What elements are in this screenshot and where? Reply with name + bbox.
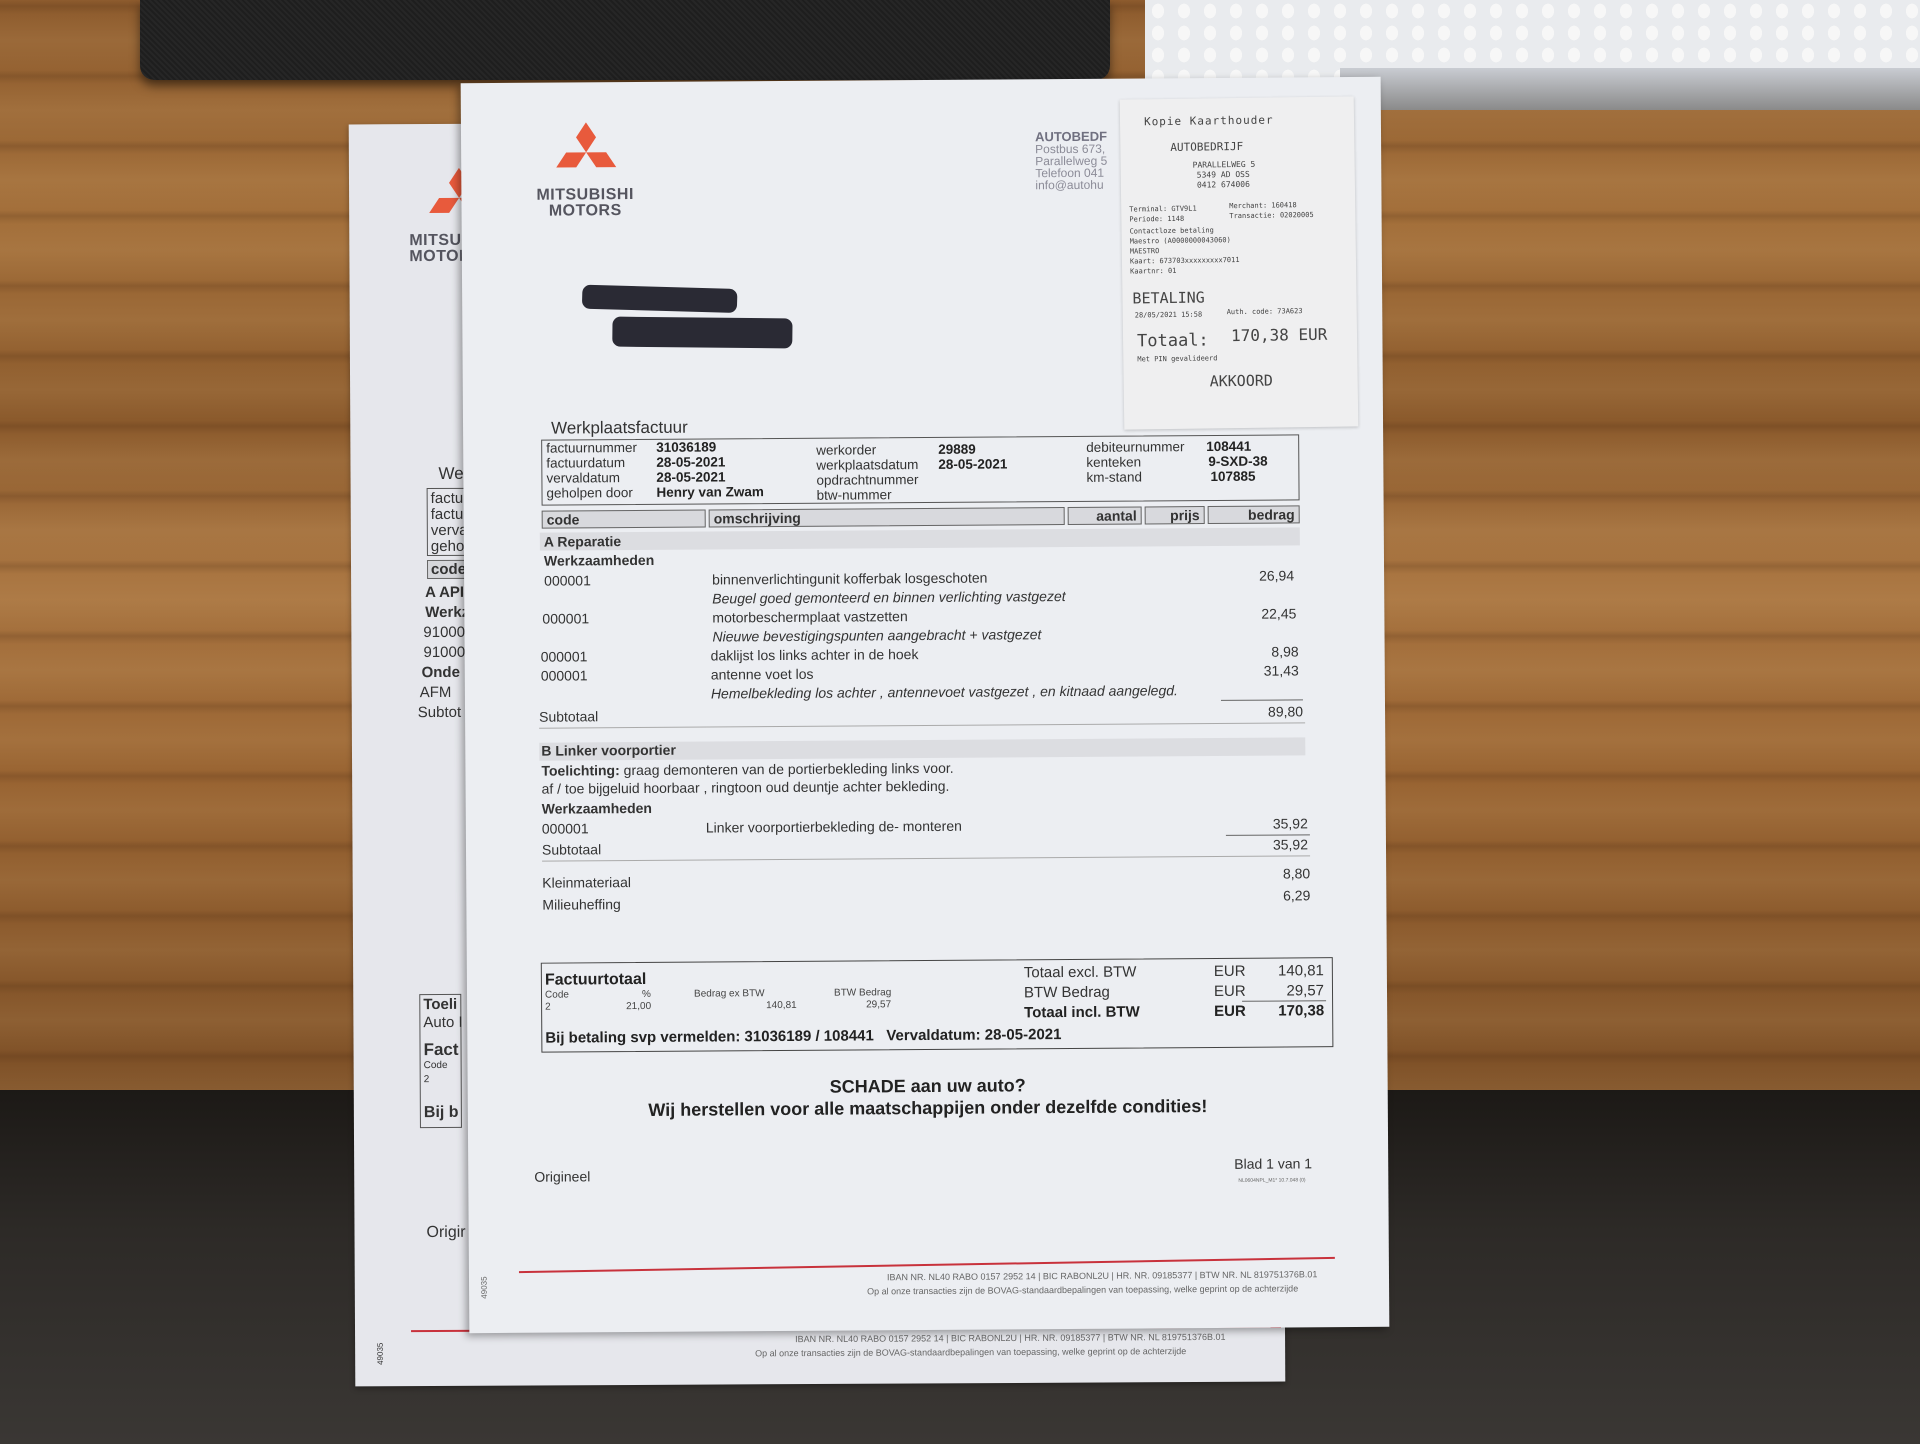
col-amount: bedrag [1208,505,1300,524]
invoice-title: Werkplaatsfactuur [551,418,688,439]
back-frag: factu [431,490,464,507]
receipt-validated: Met PIN gevalideerd [1137,354,1217,363]
card-receipt: Kopie Kaarthouder AUTOBEDRIJF PARALLELWE… [1120,96,1359,429]
receipt-address: PARALLELWEG 5 [1193,160,1256,170]
back-frag: Auto I [423,1014,462,1031]
debtor-number: 108441 [1206,439,1251,454]
col-description: omschrijving [709,507,1065,527]
receipt-status: AKKOORD [1210,372,1273,391]
section-band [540,527,1300,550]
redacted-name [582,285,738,313]
mileage: 107885 [1210,469,1255,484]
receipt-merchant: AUTOBEDRIJF [1170,140,1243,154]
back-side-code: 49035 [376,1343,385,1365]
receipt-address: 0412 674006 [1197,180,1250,190]
receipt-card-nr: Kaartnr: 01 [1130,267,1176,276]
total-incl-vat: 170,38 [1264,1002,1324,1019]
line-code: 000001 [542,820,589,836]
back-frag: Bij b [424,1104,459,1122]
receipt-payment: BETALING [1132,288,1204,307]
back-frag: 2 [424,1074,430,1085]
line-code: 000001 [541,667,588,683]
invoice-header-box: factuurnummer 31036189 factuurdatum 28-0… [541,434,1299,505]
back-frag: Subtot [418,704,461,721]
form-code: NL0604NPL_M1* 10.7.048 (0) [1238,1177,1305,1183]
line-note: Hemelbekleding los achter , antennevoet … [711,682,1178,701]
col-quantity: aantal [1068,506,1142,525]
section-b-title: B Linker voorportier [541,742,676,759]
receipt-aid: Maestro (A0000000043060) [1130,236,1231,245]
section-a-title: A Reparatie [544,533,621,550]
invoice-date: 28-05-2021 [656,454,725,469]
col-price: prijs [1145,506,1205,524]
back-frag: Toeli [423,996,457,1013]
line-description: daklijst los links achter in de hoek [711,646,919,663]
folder-edge [1340,68,1920,110]
back-frag: 91000 [423,644,465,661]
receipt-header: Kopie Kaarthouder [1144,114,1274,129]
workshop-date: 28-05-2021 [938,456,1007,471]
receipt-card-type: MAESTRO [1130,247,1160,255]
receipt-transaction: Transactie: 02020005 [1229,211,1313,220]
line-amount: 22,45 [1216,605,1296,622]
section-a-subtotal: 89,80 [1223,703,1303,720]
brand-logo: MITSUBISHIMOTORS [536,122,634,220]
work-order: 29889 [938,442,976,457]
back-frag: 91000 [423,624,465,641]
back-frag: Werkz [425,604,469,621]
section-a-sub: Werkzaamheden [544,552,654,569]
receipt-merchant-id: Merchant: 160418 [1229,201,1297,210]
subtotal-label: Subtotaal [542,841,601,857]
receipt-total: 170,38 EUR [1231,325,1328,345]
line-code: 000001 [544,572,591,588]
footer-bank: IBAN NR. NL40 RABO 0157 2952 14 | BIC RA… [887,1269,1317,1282]
invoice-number: 31036189 [656,439,716,454]
back-frag: factu [431,506,464,523]
company-address: AUTOBEDF Postbus 673, Parallelweg 5 Tele… [1035,131,1107,192]
original-label: Origineel [534,1168,590,1184]
subtotal-label: Subtotaal [539,708,598,724]
toelichting: Toelichting: graag demonteren van de por… [541,760,953,779]
extra-amount: 8,80 [1230,865,1310,882]
helped-by: Henry van Zwam [656,484,763,500]
license-plate: 9-SXD-38 [1208,454,1267,469]
back-footer-2: Op al onze transacties zijn de BOVAG-sta… [755,1346,1186,1358]
line-description: binnenverlichtingunit kofferbak losgesch… [712,570,987,588]
line-amount: 8,98 [1219,643,1299,660]
back-frag: Fact [423,1040,458,1060]
line-note: Nieuwe bevestigingspunten aangebracht + … [712,626,1041,644]
receipt-card: Kaart: 673703xxxxxxxxx7011 [1130,256,1240,266]
redacted-address [612,317,792,349]
receipt-total-label: Totaal: [1137,330,1209,351]
receipt-terminal: Terminal: GTV9L1 [1129,205,1197,214]
total-excl-vat: 140,81 [1264,962,1324,979]
extra-amount: 6,29 [1230,887,1310,904]
footer-terms: Op al onze transacties zijn de BOVAG-sta… [867,1283,1298,1296]
receipt-auth: Auth. code: 73A623 [1227,307,1303,316]
line-amount: 35,92 [1228,815,1308,832]
back-footer-1: IBAN NR. NL40 RABO 0157 2952 14 | BIC RA… [795,1332,1225,1344]
mitsubishi-logo-icon [546,122,626,183]
line-description: motorbeschermplaat vastzetten [712,608,907,625]
invoice-total-box: Factuurtotaal Code % Bedrag ex BTW BTW B… [541,957,1334,1053]
receipt-datetime: 28/05/2021 15:58 [1135,311,1203,320]
section-b-subtotal: 35,92 [1228,836,1308,853]
subtotal-rule [1221,699,1303,701]
side-code: 49035 [480,1276,489,1298]
line-description: antenne voet los [711,666,814,683]
line-amount: 26,94 [1214,567,1294,584]
vat-amount: 29,57 [1264,982,1324,999]
black-fabric [140,0,1110,80]
receipt-contactless: Contactloze betaling [1129,226,1213,235]
receipt-period: Periode: 1148 [1129,215,1184,224]
section-divider [542,855,1310,861]
line-code: 000001 [542,610,589,626]
back-frag: AFM [420,684,452,701]
section-b-sub: Werkzaamheden [542,800,652,817]
back-frag: A API [425,584,464,601]
payment-reference: Bij betaling svp vermelden: 31036189 / 1… [545,1026,1061,1047]
back-frag: Code [424,1060,448,1071]
line-code: 000001 [541,648,588,664]
back-frag: verva [431,522,468,539]
line-description: Linker voorportierbekleding de- monteren [706,818,962,836]
back-frag: Origir [426,1224,465,1242]
extra-label: Kleinmateriaal [542,874,631,891]
line-amount: 31,43 [1219,662,1299,679]
totals-title: Factuurtotaal [545,971,646,990]
receipt-address: 5349 AD OSS [1197,170,1250,180]
section-divider [539,722,1305,728]
brand-name: MITSUBISHIMOTORS [536,187,634,220]
page-number: Blad 1 van 1 [1234,1155,1312,1172]
toelichting-2: af / toe bijgeluid hoorbaar , ringtoon o… [542,778,950,797]
due-date: 28-05-2021 [656,469,725,484]
back-frag: Onde [422,664,460,681]
line-note: Beugel goed gemonteerd en binnen verlich… [712,588,1065,606]
col-code: code [542,510,706,529]
extra-label: Milieuheffing [542,896,620,913]
back-frag: gehol [431,538,468,555]
